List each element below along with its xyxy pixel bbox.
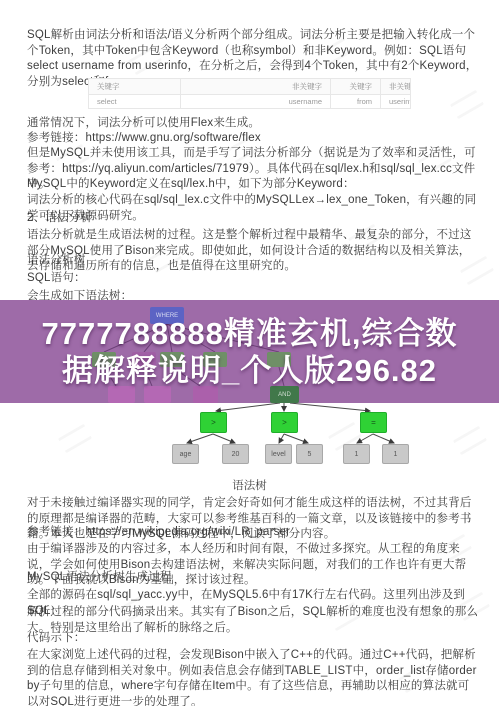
banner-text-line2: 据解释说明_个人版296.82 <box>0 345 499 390</box>
label-code-below: 代码示下： <box>27 631 479 647</box>
tree-leaf: level <box>265 444 292 464</box>
tree-leaf: 5 <box>296 444 323 464</box>
token-cell: from <box>331 95 381 109</box>
tree-leaf: 1 <box>343 444 370 464</box>
reference-link-flex: 参考链接：https://www.gnu.org/software/flex <box>27 131 479 147</box>
token-cell: userinfo <box>381 95 411 109</box>
tree-leaf: 20 <box>222 444 249 464</box>
tree-leaf: 1 <box>382 444 409 464</box>
token-cell: username <box>181 95 331 109</box>
paragraph-cpp-embed: 在大家浏览上述代码的过程，会发现Bison中嵌入了C++的代码。通过C++代码，… <box>27 648 479 706</box>
label-sql-statement: SQL语句： <box>27 271 479 287</box>
tree-arrows <box>0 403 499 465</box>
tree-node-operator: = <box>360 412 387 433</box>
overlay-banner: WHERE AND 7777788888精准玄机,综合数 据解释说明_个人版29… <box>0 300 499 403</box>
section-heading-syntax: 2、语法分析 <box>27 211 479 227</box>
tree-leaf: age <box>172 444 199 464</box>
reference-link-lrparser: 参考链接：https://en.wikipedia.org/wiki/LR_pa… <box>27 525 479 541</box>
token-table-header: 关键字 <box>331 79 381 95</box>
token-table-header: 非关键字 <box>181 79 331 95</box>
token-table-header: 非关键字 <box>381 79 411 95</box>
token-cell: select <box>89 95 181 109</box>
token-table-row: select username from userinfo <box>89 95 411 109</box>
paragraph-flex: 通常情况下，词法分析可以使用Flex来生成。 <box>27 116 479 132</box>
watermark-mark <box>450 90 484 120</box>
token-table: 关键字 非关键字 关键字 非关键字 select username from u… <box>88 78 411 109</box>
paragraph-gen-process: MySQL语法分析树生成过程 <box>27 570 479 586</box>
document-page: SQL解析由词法分析和语法/语义分析两个部分组成。词法分析主要是把输入转化成一个… <box>0 0 499 706</box>
tree-node-operator: > <box>200 412 227 433</box>
token-table-header-row: 关键字 非关键字 关键字 非关键字 <box>89 79 411 95</box>
tree-node-operator: > <box>271 412 298 433</box>
token-table-header: 关键字 <box>89 79 181 95</box>
figure-caption: 语法树 <box>0 477 499 493</box>
label-syntax-tree: 语法分析树 <box>27 253 479 269</box>
paragraph-keyword-def: MySQL中的Keyword定义在sql/lex.h中，如下为部分Keyword… <box>27 177 479 193</box>
